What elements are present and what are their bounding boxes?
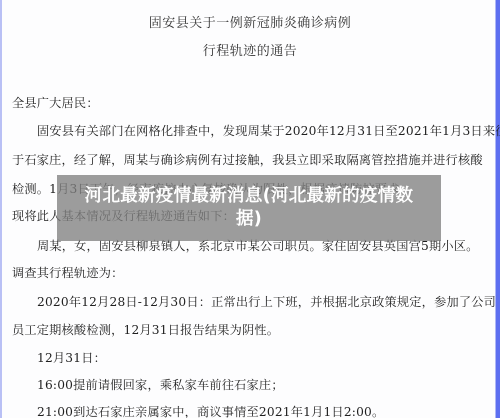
notice-title-line-1: 固安县关于一例新冠肺炎确诊病例 <box>0 12 500 31</box>
headline-overlay: 河北最新疫情最新消息(河北最新的疫情数据) <box>57 175 441 241</box>
paragraph-line: 12月31日： <box>37 349 106 366</box>
paragraph-line: 调查其行程轨迹为： <box>12 264 124 281</box>
news-image: 固安县关于一例新冠肺炎确诊病例 行程轨迹的通告 全县广大居民： 固安县有关部门在… <box>0 0 500 418</box>
paragraph-line: 2020年12月28日-12月30日：正常出行上下班，并根据北京政策规定，参加了… <box>37 293 496 310</box>
left-border <box>0 0 2 418</box>
paragraph-line: 于石家庄，经了解，周某与确诊病例有过接触，我县立即采取隔离管控措施并进行核酸 <box>12 151 483 168</box>
headline-text: 河北最新疫情最新消息(河北最新的疫情数据) <box>84 185 414 231</box>
paragraph-line: 21:00到达石家庄亲属家中，商议事情至2021年1月1日2:00。 <box>37 403 384 418</box>
right-border <box>496 0 500 418</box>
paragraph-line: 员工定期核酸检测，12月31日报告结果为阴性。 <box>12 321 279 338</box>
salutation: 全县广大居民： <box>12 94 99 111</box>
paragraph-line: 固安县有关部门在网格化排查中，发现周某于2020年12月31日至2021年1月3… <box>37 122 500 139</box>
paragraph-line: 16:00提前请假回家，乘私家车前往石家庄； <box>37 376 284 393</box>
notice-title-line-2: 行程轨迹的通告 <box>0 40 500 59</box>
